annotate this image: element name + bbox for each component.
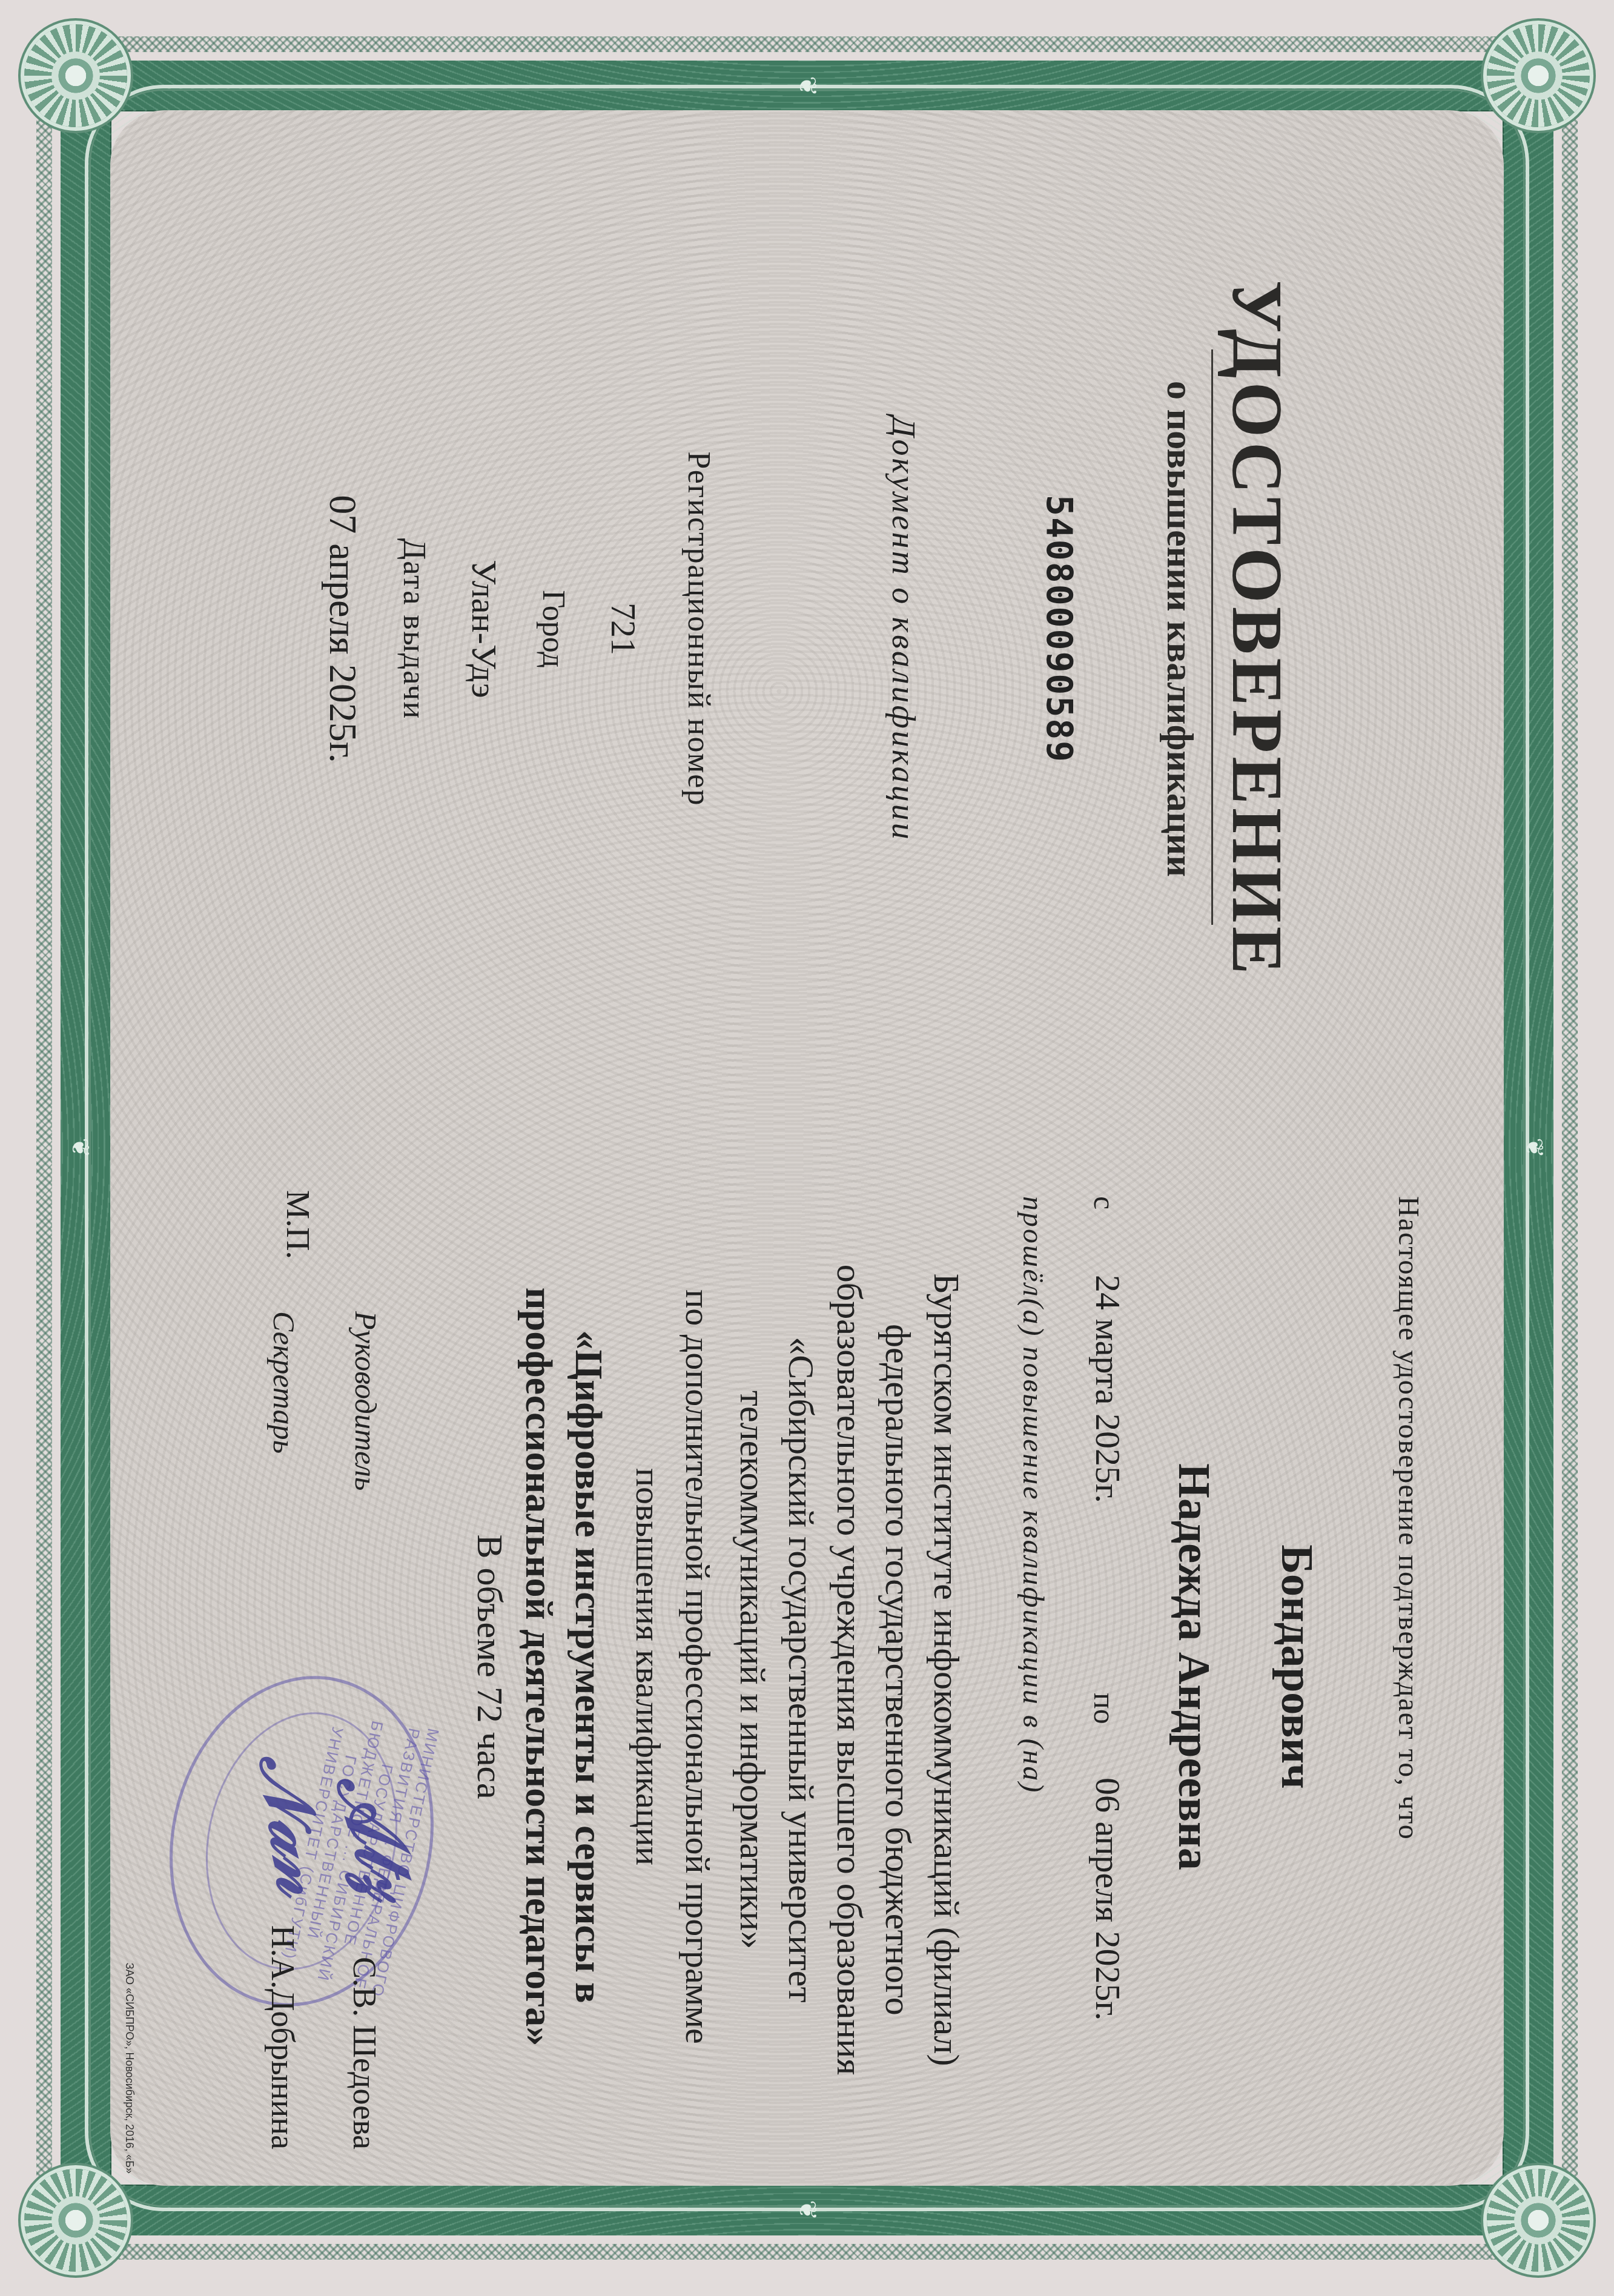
border-ornament-icon: ❦ [1522, 1130, 1546, 1166]
period-from-date: 24 марта 2025г. [1088, 1275, 1128, 1503]
certificate-cover-section: УДОСТОВЕРЕНИЕ о повышении квалификации 5… [111, 110, 1504, 1148]
title-underline [1211, 349, 1213, 925]
border-ornament-icon: ❦ [795, 2192, 819, 2228]
registration-number: 721 [603, 110, 644, 1148]
organization-line: телекоммуникаций и информатики» [729, 1190, 777, 2149]
passed-training-text: прошёл(а) повышение квалификации в (на) [1016, 1196, 1050, 1794]
period-from-label: с [1087, 1196, 1122, 1209]
certificate-subtitle: о повышении квалификации [1158, 110, 1201, 1148]
city-value: Улан-Удэ [464, 110, 504, 1148]
program-name-line: «Цифровые инструменты и сервисы в [564, 1172, 614, 2162]
holder-given-names: Надежда Андреевна [1168, 1148, 1219, 2186]
organization-name: Бурятском институте инфокоммуникаций (фи… [729, 1190, 971, 2149]
certificate-title: УДОСТОВЕРЕНИЕ [1215, 110, 1298, 1148]
head-role: Руководитель [348, 1311, 383, 1491]
confirmation-text: Настоящее удостоверение подтверждает то,… [1392, 1196, 1425, 1841]
border-ornament-icon: ❦ [68, 1130, 92, 1166]
organization-line: федерального государственного бюджетного [874, 1190, 922, 2149]
border-ornament-icon: ❦ [795, 68, 819, 104]
qualification-certificate: ❦ ❦ ❦ ❦ УДОСТОВЕРЕНИЕ о повышении квалиф… [0, 0, 1614, 2296]
holder-surname: Бондарович [1271, 1148, 1322, 2186]
certificate-body-section: Настоящее удостоверение подтверждает то,… [111, 1148, 1504, 2186]
issue-date-label: Дата выдачи [396, 110, 432, 1148]
document-type: Документ о квалификации [885, 110, 922, 1148]
serial-number: 540800090589 [1039, 110, 1080, 1148]
issue-date: 07 апреля 2025г. [320, 110, 365, 1148]
program-volume: В объеме 72 часа [469, 1148, 511, 2186]
program-name: «Цифровые инструменты и сервисы в профес… [514, 1172, 614, 2162]
secretary-name: Н.А.Добрынина [264, 1925, 302, 2149]
printer-imprint: ЗАО «СИБПРО», Новосибирск, 2016, «Б» [123, 1963, 136, 2174]
program-intro: по дополнительной профессиональной прогр… [623, 1184, 723, 2149]
city-label: Город [535, 110, 571, 1148]
program-intro-line: повышения квалификации [623, 1184, 673, 2149]
stamp-placeholder: М.П. [279, 1190, 317, 1259]
program-intro-line: по дополнительной профессиональной прогр… [673, 1184, 723, 2149]
organization-line: образовательного учреждения высшего обра… [825, 1190, 874, 2149]
secretary-role: Секретарь [266, 1311, 302, 1454]
period-to-label: по [1087, 1693, 1122, 1724]
period-to-date: 06 апреля 2025г. [1088, 1778, 1128, 2020]
organization-line: «Сибирский государственный университет [777, 1190, 825, 2149]
program-name-line: профессиональной деятельности педагога» [514, 1172, 564, 2162]
registration-number-label: Регистрационный номер [681, 110, 716, 1148]
head-name: С.В. Шедоева [346, 1957, 383, 2149]
organization-line: Бурятском институте инфокоммуникаций (фи… [922, 1190, 971, 2149]
